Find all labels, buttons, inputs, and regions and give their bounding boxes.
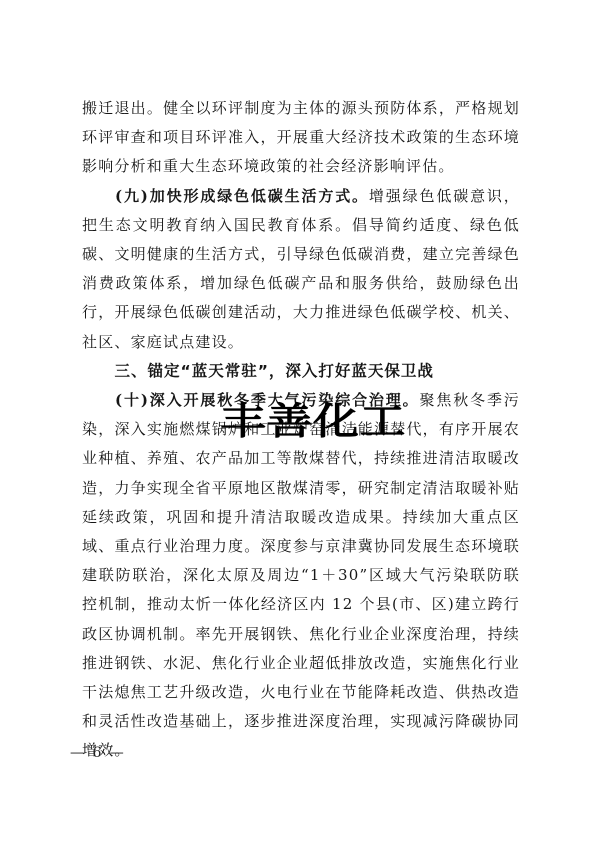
document-page: 搬迁退出。健全以环评制度为主体的源头预防体系，严格规划环评审查和项目环评准入，开… xyxy=(0,0,600,848)
watermark-text: 丰善化工 xyxy=(220,402,406,440)
paragraph-item9-text: 增强绿色低碳意识，把生态文明教育纳入国民教育体系。倡导简约适度、绿色低碳、文明健… xyxy=(82,187,520,351)
page-number: — 6 — xyxy=(70,745,126,761)
paragraph-continuation: 搬迁退出。健全以环评制度为主体的源头预防体系，严格规划环评审查和项目环评准入，开… xyxy=(82,94,520,182)
paragraph-item9: (九)加快形成绿色低碳生活方式。增强绿色低碳意识，把生态文明教育纳入国民教育体系… xyxy=(82,182,520,357)
paragraph-item10-text: 聚焦秋冬季污染，深入实施燃煤锅炉和工业炉窑清洁能源替代，有序开展农业种植、养殖、… xyxy=(82,391,520,759)
section-heading-blue-sky: 三、锚定“蓝天常驻”，深入打好蓝天保卫战 xyxy=(82,357,520,386)
paragraph-item9-lead: (九)加快形成绿色低碳生活方式。 xyxy=(115,187,369,205)
